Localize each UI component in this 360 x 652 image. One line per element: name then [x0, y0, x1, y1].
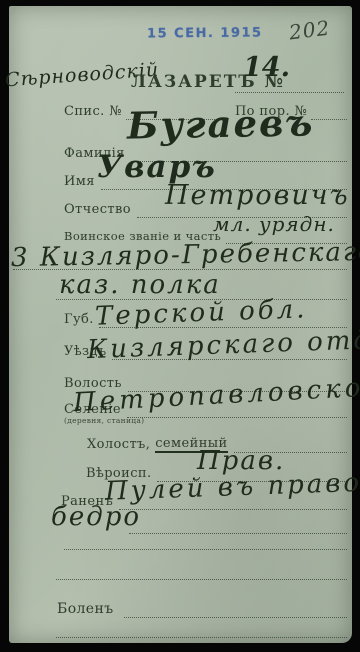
unit-value-line2-handwritten: каз. полка — [59, 272, 221, 298]
wounded-line2 — [129, 511, 347, 534]
lazaret-admission-card: 15 СЕН. 1915 202 Сѣрноводскій ЛАЗАРЕТЪ №… — [9, 6, 352, 643]
order-number-line — [311, 97, 347, 120]
lazaret-number: 14. — [243, 54, 290, 81]
page-number: 202 — [288, 18, 331, 43]
blank-line-3 — [56, 625, 347, 638]
sick-row: Боленъ — [9, 596, 347, 618]
province-value-handwritten: Терской обл. — [95, 296, 308, 329]
surname-value-handwritten: Бугаевъ — [127, 104, 315, 144]
first-name-value-handwritten: Уваръ — [97, 152, 217, 183]
lazaret-number-line — [235, 92, 344, 93]
rank-value-handwritten: мл. урядн. — [213, 214, 335, 234]
blank-line-2 — [56, 567, 347, 580]
blank-line-row-1 — [9, 538, 347, 550]
blank-line-row-3 — [9, 626, 347, 638]
marital-row: Холостъ, семейный — [9, 432, 347, 453]
sick-label: Боленъ — [57, 602, 114, 618]
unit-value-line1-handwritten: 3 Кизляро-Гребенскаго — [11, 239, 360, 271]
blank-line-1 — [64, 537, 347, 550]
patronymic-value-handwritten: Петровичъ — [165, 182, 350, 209]
blank-line-row-2 — [9, 568, 347, 580]
province-label: Губ. — [64, 313, 94, 328]
first-name-label: Имя — [64, 175, 95, 190]
marital-single-label: Холостъ, — [87, 438, 150, 453]
patronymic-label: Отчество — [64, 203, 131, 218]
sick-line — [124, 595, 347, 618]
wounded-value-line2-handwritten: бедро — [51, 504, 141, 530]
list-number-label: Спис. № — [64, 105, 122, 120]
date-stamp: 15 СЕН. 1915 — [147, 25, 263, 41]
